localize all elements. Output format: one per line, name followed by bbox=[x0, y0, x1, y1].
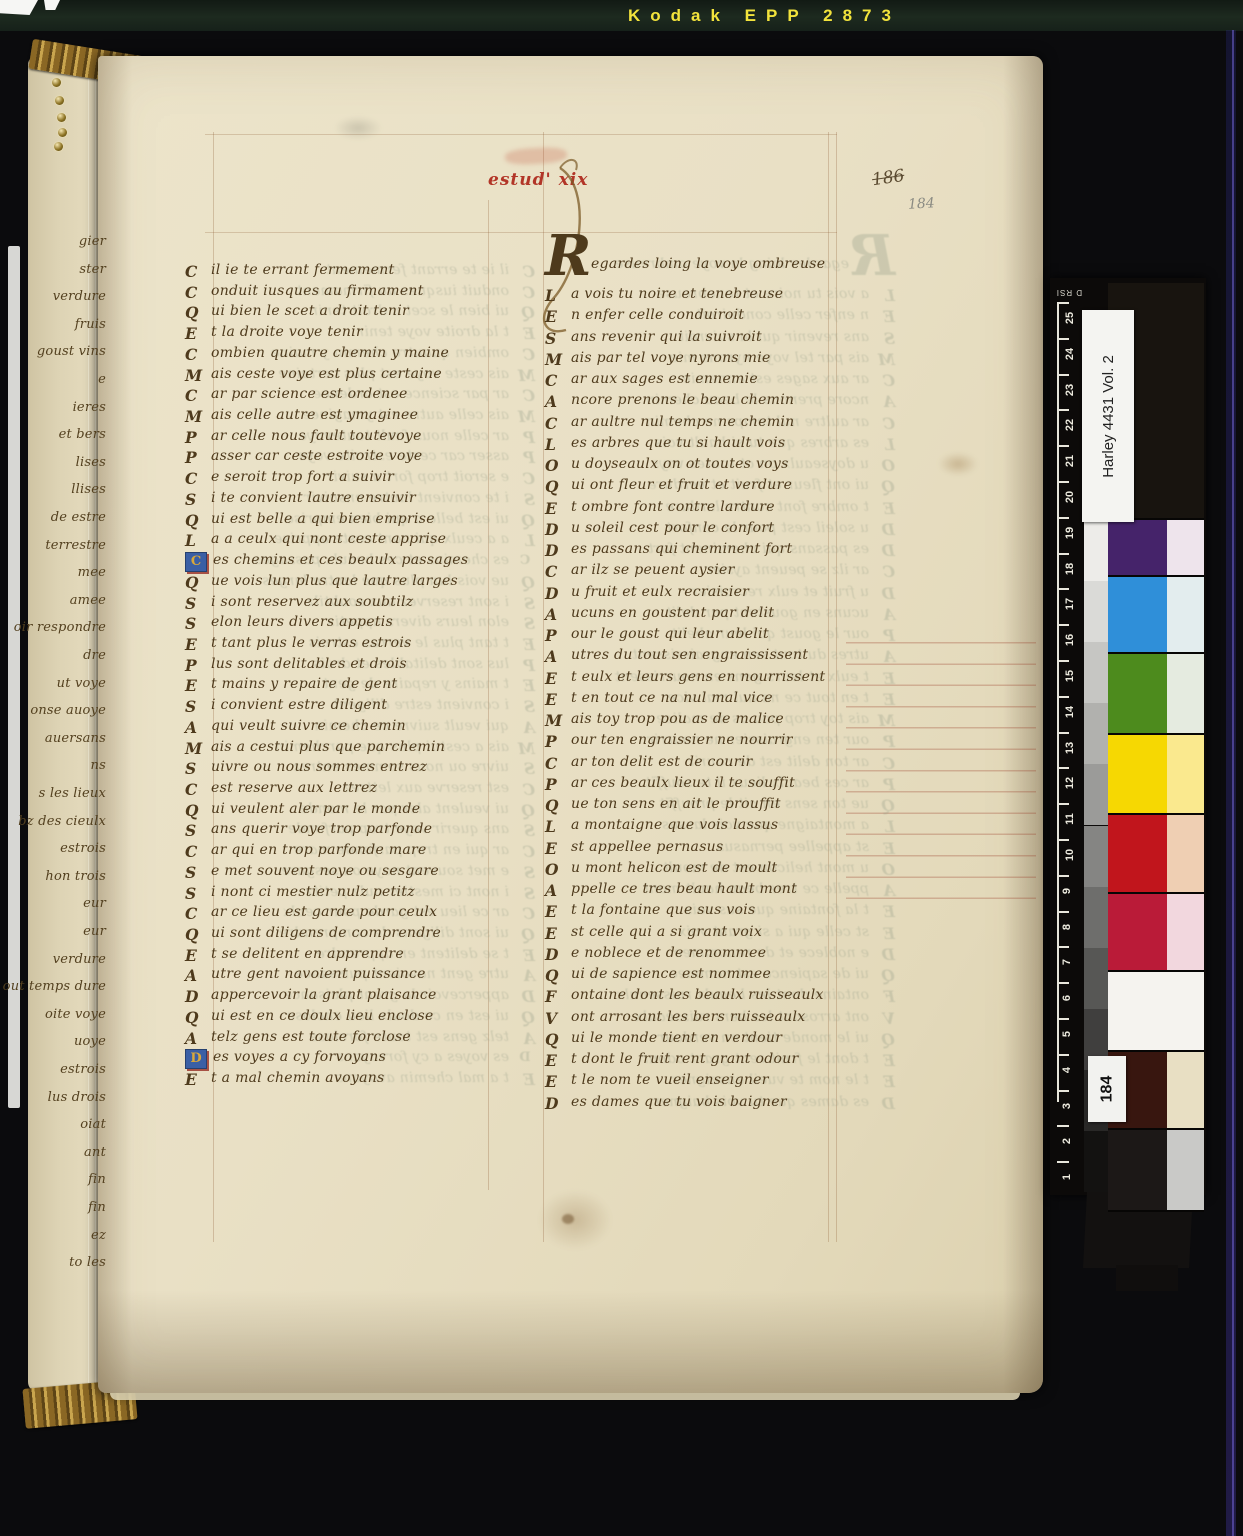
ruler-tick bbox=[1057, 409, 1069, 411]
manuscript-line: Si te convient lautre ensuivir bbox=[185, 490, 515, 509]
line-text: ais ceste voye est plus certaine bbox=[211, 366, 442, 385]
tint-patch-column bbox=[1167, 283, 1204, 1212]
line-initial: M bbox=[545, 711, 571, 730]
color-patch-blue bbox=[1108, 577, 1167, 654]
ruler-segment: 8 bbox=[1052, 911, 1084, 947]
gilt-boss bbox=[57, 113, 66, 122]
facing-fragment: de estre bbox=[51, 510, 106, 525]
line-initial: C bbox=[185, 386, 211, 405]
ruler-number: 6 bbox=[1061, 995, 1073, 1001]
line-initial: S bbox=[185, 759, 211, 778]
line-initial: C bbox=[185, 283, 211, 302]
manuscript-line: Suivre ou nous sommes entrez bbox=[185, 759, 515, 778]
ruler-segment: 12 bbox=[1052, 767, 1084, 803]
facing-fragment: eur bbox=[83, 924, 106, 939]
line-text: ar ces beaulx lieux il te souffit bbox=[571, 775, 795, 794]
line-initial: D bbox=[545, 584, 571, 603]
manuscript-line: Des voyes a cy forvoyans bbox=[185, 1049, 515, 1069]
manuscript-line: Et le nom te vueil enseigner bbox=[545, 1072, 875, 1091]
line-initial: Q bbox=[185, 573, 211, 592]
line-text: t dont le fruit rent grant odour bbox=[571, 1051, 799, 1070]
line-initial: Q bbox=[185, 511, 211, 530]
line-text: e met souvent noye ou sesgare bbox=[211, 863, 439, 882]
line-initial: E bbox=[545, 1072, 571, 1091]
manuscript-line: Et en tout ce na nul mal vice bbox=[545, 690, 875, 709]
line-text: ue ton sens en ait le prouffit bbox=[571, 796, 781, 815]
line-text: t ombre font contre lardure bbox=[571, 499, 775, 518]
line-text: ar aux sages est ennemie bbox=[571, 371, 758, 390]
manuscript-line: Car aultre nul temps ne chemin bbox=[545, 414, 875, 433]
line-text: ppelle ce tres beau hault mont bbox=[571, 881, 797, 900]
line-initial: E bbox=[545, 690, 571, 709]
ruler-tick bbox=[1057, 982, 1069, 984]
manuscript-line: Pour ten engraissier ne nourrir bbox=[545, 732, 875, 751]
line-initial: E bbox=[185, 635, 211, 654]
manuscript-line: Si sont reservez aux soubtilz bbox=[185, 594, 515, 613]
manuscript-line: Cil ie te errant fermement bbox=[185, 262, 515, 281]
grayscale-step bbox=[1084, 581, 1108, 642]
facing-fragment: e bbox=[98, 372, 106, 387]
color-patch-white bbox=[1108, 972, 1167, 1052]
gilt-boss bbox=[55, 96, 64, 105]
line-text: ar par science est ordenee bbox=[211, 386, 408, 405]
facing-fragment: bz des cieulx bbox=[18, 814, 106, 829]
ruler-segment: 1 bbox=[1052, 1161, 1084, 1197]
manuscript-line: Et se delitent en apprendre bbox=[185, 946, 515, 965]
manuscript-line: Que vois lun plus que lautre larges bbox=[185, 573, 515, 592]
manuscript-line: Qui ont fleur et fruit et verdure bbox=[545, 477, 875, 496]
grayscale-step bbox=[1084, 642, 1108, 703]
grayscale-step bbox=[1084, 520, 1108, 581]
facing-fragment: eur bbox=[83, 896, 106, 911]
color-patch-crimson bbox=[1108, 894, 1167, 972]
film-edge-artifact bbox=[1226, 30, 1236, 1536]
line-text: lus sont delitables et drois bbox=[211, 656, 407, 675]
line-text: u fruit et eulx recraisier bbox=[571, 584, 749, 603]
folio-label-text: 184 bbox=[1098, 1076, 1116, 1103]
ruler-tick bbox=[1057, 660, 1069, 662]
line-initial: Q bbox=[545, 1030, 571, 1049]
line-text: i te convient lautre ensuivir bbox=[211, 490, 416, 509]
line-text: t en tout ce na nul mal vice bbox=[571, 690, 773, 709]
line-initial: P bbox=[545, 626, 571, 645]
manuscript-line: De noblece et de renommee bbox=[545, 945, 875, 964]
ruler-number: 9 bbox=[1061, 888, 1073, 894]
line-text: uivre ou nous sommes entrez bbox=[211, 759, 427, 778]
manuscript-line: Se met souvent noye ou sesgare bbox=[185, 863, 515, 882]
line-text: t tant plus le verras estrois bbox=[211, 635, 412, 654]
tint-patch-purple bbox=[1167, 520, 1204, 577]
line-text: ais celle autre est ymaginee bbox=[211, 407, 418, 426]
manuscript-line: Est appellee pernasus bbox=[545, 839, 875, 858]
ruler-number: 12 bbox=[1064, 777, 1076, 789]
ruler-number: 16 bbox=[1064, 634, 1076, 646]
line-initial: E bbox=[545, 307, 571, 326]
line-initial: P bbox=[185, 428, 211, 447]
ruler-number: 19 bbox=[1064, 527, 1076, 539]
illuminated-initial: C bbox=[185, 552, 207, 572]
facing-fragment: verdure bbox=[53, 952, 106, 967]
line-text: ui sont diligens de comprendre bbox=[211, 925, 441, 944]
facing-fragment: onse auoye bbox=[30, 703, 106, 718]
ruler-number: 11 bbox=[1064, 813, 1076, 825]
line-text: ui de sapience est nommee bbox=[571, 966, 771, 985]
ruler-segment: 6 bbox=[1052, 982, 1084, 1018]
stain bbox=[938, 452, 978, 476]
line-initial: E bbox=[545, 499, 571, 518]
manuscript-line: Ou doyseaulx on ot toutes voys bbox=[545, 456, 875, 475]
line-initial: P bbox=[185, 448, 211, 467]
line-text: i convient estre diligent bbox=[211, 697, 387, 716]
grayscale-step bbox=[1084, 948, 1108, 1009]
facing-fragment: fin bbox=[88, 1172, 106, 1187]
facing-fragment: ns bbox=[91, 758, 106, 773]
facing-fragment: estrois bbox=[60, 1062, 106, 1077]
manuscript-line: Sans revenir qui la suivroit bbox=[545, 329, 875, 348]
facing-fragment: estrois bbox=[60, 841, 106, 856]
line-initial: C bbox=[185, 780, 211, 799]
ruler-segment: 18 bbox=[1052, 553, 1084, 589]
ruler-tick bbox=[1057, 732, 1069, 734]
illuminated-initial: D bbox=[515, 1049, 535, 1067]
facing-fragment: llises bbox=[71, 482, 106, 497]
line-initial: S bbox=[185, 614, 211, 633]
stain bbox=[538, 1190, 612, 1250]
line-initial: C bbox=[185, 904, 211, 923]
line-initial: E bbox=[545, 839, 571, 858]
line-text: ncore prenons le beau chemin bbox=[571, 392, 794, 411]
manuscript-line: Combien quautre chemin y maine bbox=[185, 345, 515, 364]
color-patch-red bbox=[1108, 815, 1167, 894]
manuscript-line: Et la fontaine que sus vois bbox=[545, 902, 875, 921]
line-text: es arbres que tu si hault vois bbox=[571, 435, 785, 454]
tint-patch-blue bbox=[1167, 577, 1204, 654]
ruler-tick bbox=[1057, 839, 1069, 841]
line-text: es voyes a cy forvoyans bbox=[213, 1049, 386, 1069]
manuscript-line: Ces chemins et ces beaulx passages bbox=[185, 552, 515, 572]
ruler-scale: 2524232221201918171615141312111098765432… bbox=[1052, 302, 1084, 1198]
manuscript-line: Des passans qui cheminent fort bbox=[545, 541, 875, 560]
facing-fragment: gier bbox=[79, 234, 106, 249]
line-text: utres du tout sen engraississent bbox=[571, 647, 808, 666]
manuscript-line: Aqui veult suivre ce chemin bbox=[185, 718, 515, 737]
line-text: t mains y repaire de gent bbox=[211, 676, 397, 695]
tint-patch-white bbox=[1167, 972, 1204, 1052]
ruler-tick bbox=[1057, 946, 1069, 948]
manuscript-line: Est celle qui a si grant voix bbox=[545, 924, 875, 943]
manuscript-line: Du fruit et eulx recraisier bbox=[545, 584, 875, 603]
line-text: ais par tel voye nyrons mie bbox=[571, 350, 771, 369]
line-text: e noblece et de renommee bbox=[571, 945, 766, 964]
ruler-number: 20 bbox=[1064, 491, 1076, 503]
ruler-number: 23 bbox=[1064, 383, 1076, 395]
line-text: appercevoir la grant plaisance bbox=[211, 987, 437, 1006]
ruler-number: 17 bbox=[1064, 598, 1076, 610]
color-patch-green bbox=[1108, 654, 1167, 735]
line-text: ui veulent aler par le monde bbox=[211, 801, 420, 820]
facing-fragment: lises bbox=[76, 455, 106, 470]
volume-label-sticker: Harley 4431 Vol. 2 bbox=[1082, 310, 1134, 522]
grayscale-step bbox=[1084, 826, 1108, 887]
manuscript-line: Par celle nous fault toutevoye bbox=[185, 428, 515, 447]
line-initial: S bbox=[545, 329, 571, 348]
ruler-segment: 3 bbox=[1052, 1090, 1084, 1126]
line-text: es dames que tu vois baigner bbox=[571, 1094, 787, 1113]
line-text: t le nom te vueil enseigner bbox=[571, 1072, 769, 1091]
facing-fragment: verdure bbox=[53, 289, 106, 304]
ruler-segment: 25 bbox=[1052, 302, 1084, 338]
line-text: egardes loing la voye ombreuse bbox=[591, 240, 825, 278]
line-text: ui bien le scet a droit tenir bbox=[211, 303, 409, 322]
line-initial: L bbox=[545, 435, 571, 454]
facing-fragment: out temps dure bbox=[3, 979, 106, 994]
ruler-tick bbox=[1057, 553, 1069, 555]
line-text: t a mal chemin avoyans bbox=[211, 1070, 385, 1089]
ruler-number: 7 bbox=[1061, 959, 1073, 965]
ruler-tick bbox=[1057, 338, 1069, 340]
manuscript-line: Les arbres que tu si hault vois bbox=[545, 435, 875, 454]
line-initial: S bbox=[185, 490, 211, 509]
ruler-tick bbox=[1057, 1125, 1069, 1127]
line-text: t la droite voye tenir bbox=[211, 324, 363, 343]
ruler-number: 22 bbox=[1064, 419, 1076, 431]
facing-fragment: ieres bbox=[73, 400, 106, 415]
ruler-segment: 20 bbox=[1052, 481, 1084, 517]
grayscale-step bbox=[1084, 703, 1108, 764]
facing-fragment: ster bbox=[79, 262, 106, 277]
line-text: i sont reservez aux soubtilz bbox=[211, 594, 413, 613]
ruler-tick bbox=[1057, 767, 1069, 769]
ruler-tick bbox=[1057, 1018, 1069, 1020]
line-initial: P bbox=[185, 656, 211, 675]
ruler-number: 25 bbox=[1064, 312, 1076, 324]
tint-patch-yellow bbox=[1167, 735, 1204, 815]
line-initial: C bbox=[185, 345, 211, 364]
line-initial: S bbox=[185, 884, 211, 903]
grayscale-step bbox=[1084, 887, 1108, 948]
ruler-segment: 7 bbox=[1052, 946, 1084, 982]
line-initial: E bbox=[185, 946, 211, 965]
line-text: ar celle nous fault toutevoye bbox=[211, 428, 422, 447]
line-initial: A bbox=[545, 647, 571, 666]
facing-fragment: et bers bbox=[59, 427, 106, 442]
line-initial: M bbox=[185, 366, 211, 385]
ruler-tick bbox=[1057, 803, 1069, 805]
line-text: t la fontaine que sus vois bbox=[571, 902, 756, 921]
manuscript-line: Selon leurs divers appetis bbox=[185, 614, 515, 633]
ruler-number: 1 bbox=[1061, 1174, 1073, 1180]
manuscript-line: Qui sont diligens de comprendre bbox=[185, 925, 515, 944]
illuminated-initial: C bbox=[515, 552, 535, 570]
line-text: telz gens est toute forclose bbox=[211, 1029, 411, 1048]
line-text: ar ilz se peuent aysier bbox=[571, 562, 735, 581]
color-patch-purple bbox=[1108, 520, 1167, 577]
line-text: ans revenir qui la suivroit bbox=[571, 329, 762, 348]
tint-patch-green bbox=[1167, 654, 1204, 735]
ruler-tick bbox=[1057, 1161, 1069, 1163]
line-text: n enfer celle conduiroit bbox=[571, 307, 744, 326]
ruler-segment: 4 bbox=[1052, 1054, 1084, 1090]
line-text: t se delitent en apprendre bbox=[211, 946, 404, 965]
ruler-number: 3 bbox=[1061, 1103, 1073, 1109]
ruler-tick bbox=[1057, 1054, 1069, 1056]
line-text: u mont helicon est de moult bbox=[571, 860, 777, 879]
line-initial: L bbox=[185, 531, 211, 550]
ruler-tick bbox=[1057, 481, 1069, 483]
page-bottom-edge bbox=[110, 1393, 1020, 1400]
ruler-segment: 22 bbox=[1052, 409, 1084, 445]
ruler-header-text: D RSI bbox=[1051, 288, 1087, 297]
manuscript-line: Plus sont delitables et drois bbox=[185, 656, 515, 675]
line-text: u soleil cest pour le confort bbox=[571, 520, 774, 539]
line-text: ais a cestui plus que parchemin bbox=[211, 739, 445, 758]
manuscript-line: Sans querir voye trop parfonde bbox=[185, 821, 515, 840]
ruler-number: 21 bbox=[1064, 455, 1076, 467]
facing-fragment: auersans bbox=[45, 731, 106, 746]
ruler-segment: 13 bbox=[1052, 732, 1084, 768]
line-initial: E bbox=[545, 1051, 571, 1070]
film-top-strip bbox=[0, 0, 1243, 31]
manuscript-line: Ce seroit trop fort a suivir bbox=[185, 469, 515, 488]
line-text: ais toy trop pou as de malice bbox=[571, 711, 784, 730]
manuscript-line: Et eulx et leurs gens en nourrissent bbox=[545, 669, 875, 688]
manuscript-line: Et ombre font contre lardure bbox=[545, 499, 875, 518]
ruler-segment: 21 bbox=[1052, 445, 1084, 481]
tint-patch-dark bbox=[1167, 1130, 1204, 1212]
line-initial: E bbox=[185, 324, 211, 343]
line-text: ue vois lun plus que lautre larges bbox=[211, 573, 458, 592]
line-text: ui est belle a qui bien emprise bbox=[211, 511, 435, 530]
facing-fragment: oiat bbox=[80, 1117, 106, 1132]
facing-fragment: mee bbox=[78, 565, 106, 580]
line-initial: D bbox=[545, 541, 571, 560]
manuscript-line: Ou mont helicon est de moult bbox=[545, 860, 875, 879]
ruler-tick bbox=[1057, 1090, 1069, 1092]
manuscript-line: Qui est belle a qui bien emprise bbox=[185, 511, 515, 530]
facing-page-text-fragments: giersterverdurefruisgoust vinseiereset b… bbox=[18, 234, 108, 1334]
line-text: i nont ci mestier nulz petitz bbox=[211, 884, 415, 903]
manuscript-line: Et tant plus le verras estrois bbox=[185, 635, 515, 654]
ruler-tick bbox=[1057, 302, 1069, 304]
ruling-line bbox=[205, 134, 837, 135]
manuscript-line: Fontaine dont les beaulx ruisseaulx bbox=[545, 987, 875, 1006]
manuscript-line: Qui bien le scet a droit tenir bbox=[185, 303, 515, 322]
line-initial: O bbox=[545, 456, 571, 475]
ruler-number: 13 bbox=[1064, 741, 1076, 753]
ruler-segment: 2 bbox=[1052, 1125, 1084, 1161]
manuscript-line: Qui veulent aler par le monde bbox=[185, 801, 515, 820]
manuscript-line: La a ceulx qui nont ceste apprise bbox=[185, 531, 515, 550]
line-text: utre gent navoient puissance bbox=[211, 966, 426, 985]
ruler-number: 10 bbox=[1064, 849, 1076, 861]
line-text: t eulx et leurs gens en nourrissent bbox=[571, 669, 825, 688]
manuscript-line: Par ces beaulx lieux il te souffit bbox=[545, 775, 875, 794]
facing-fragment: ut voye bbox=[57, 676, 106, 691]
gilt-boss bbox=[54, 142, 63, 151]
ruler-number: 24 bbox=[1064, 348, 1076, 360]
line-initial: A bbox=[545, 392, 571, 411]
manuscript-line: Autres du tout sen engraississent bbox=[545, 647, 875, 666]
line-initial: Q bbox=[545, 966, 571, 985]
line-initial: S bbox=[185, 697, 211, 716]
facing-fragment: terrestre bbox=[45, 538, 106, 553]
facing-fragment: ant bbox=[84, 1145, 106, 1160]
manuscript-line: Appelle ce tres beau hault mont bbox=[545, 881, 875, 900]
gilt-boss bbox=[58, 128, 67, 137]
manuscript-line: Qui est en ce doulx lieu enclose bbox=[185, 1008, 515, 1027]
line-initial: E bbox=[185, 676, 211, 695]
tint-patch-crimson bbox=[1167, 894, 1204, 972]
line-initial: M bbox=[545, 350, 571, 369]
line-text: ont arrosant les bers ruisseaulx bbox=[571, 1009, 805, 1028]
manuscript-line: En enfer celle conduiroit bbox=[545, 307, 875, 326]
ruler-segment: 11 bbox=[1052, 803, 1084, 839]
manuscript-line: Autre gent navoient puissance bbox=[185, 966, 515, 985]
opening-initial: R bbox=[545, 234, 591, 278]
line-initial: S bbox=[185, 594, 211, 613]
manuscript-line: La vois tu noire et tenebreuse bbox=[545, 286, 875, 305]
ruler-segment: 24 bbox=[1052, 338, 1084, 374]
ruler-number: 5 bbox=[1061, 1031, 1073, 1037]
manuscript-line: Car qui en trop parfonde mare bbox=[185, 842, 515, 861]
line-initial: C bbox=[545, 562, 571, 581]
ruler-segment: 9 bbox=[1052, 875, 1084, 911]
line-initial: C bbox=[545, 414, 571, 433]
facing-fragment: to les bbox=[69, 1255, 106, 1270]
line-initial: E bbox=[185, 1070, 211, 1089]
line-text: ar ce lieu est garde pour ceulx bbox=[211, 904, 437, 923]
line-initial: P bbox=[545, 775, 571, 794]
line-initial: D bbox=[545, 520, 571, 539]
line-text: a vois tu noire et tenebreuse bbox=[571, 286, 783, 305]
line-initial: C bbox=[185, 262, 211, 281]
line-text: ui ont fleur et fruit et verdure bbox=[571, 477, 792, 496]
manuscript-line: Ancore prenons le beau chemin bbox=[545, 392, 875, 411]
line-text: ui est en ce doulx lieu enclose bbox=[211, 1008, 434, 1027]
manuscript-line: La montaigne que vois lassus bbox=[545, 817, 875, 836]
facing-fragment: fruis bbox=[75, 317, 106, 332]
gilt-boss bbox=[52, 78, 61, 87]
line-initial: Q bbox=[185, 925, 211, 944]
line-initial: P bbox=[545, 732, 571, 751]
ruler-number: 18 bbox=[1064, 562, 1076, 574]
line-text: st appellee pernasus bbox=[571, 839, 723, 858]
manuscript-line: Car ilz se peuent aysier bbox=[545, 562, 875, 581]
line-text: qui veult suivre ce chemin bbox=[211, 718, 406, 737]
ruler-segment: 23 bbox=[1052, 374, 1084, 410]
manuscript-line: Et dont le fruit rent grant odour bbox=[545, 1051, 875, 1070]
facing-fragment: oir respondre bbox=[14, 620, 106, 635]
line-initial: Q bbox=[545, 477, 571, 496]
ruler-segment: 10 bbox=[1052, 839, 1084, 875]
film-edge-artifact bbox=[1232, 30, 1234, 1536]
stain bbox=[334, 116, 382, 140]
line-text: st celle qui a si grant voix bbox=[571, 924, 762, 943]
illuminated-initial: D bbox=[185, 1049, 207, 1069]
line-initial: E bbox=[545, 924, 571, 943]
ruler-segment: 15 bbox=[1052, 660, 1084, 696]
line-text: ucuns en goustent par delit bbox=[571, 605, 774, 624]
manuscript-line: Si nont ci mestier nulz petitz bbox=[185, 884, 515, 903]
grayscale-step bbox=[1084, 1131, 1108, 1192]
manuscript-line: Aucuns en goustent par delit bbox=[545, 605, 875, 624]
tint-patch-red bbox=[1167, 815, 1204, 894]
line-text: ui le monde tient en verdour bbox=[571, 1030, 782, 1049]
line-text: e seroit trop fort a suivir bbox=[211, 469, 394, 488]
manuscript-line: Mais par tel voye nyrons mie bbox=[545, 350, 875, 369]
color-patch-yellow bbox=[1108, 735, 1167, 815]
manuscript-line: Car ce lieu est garde pour ceulx bbox=[185, 904, 515, 923]
